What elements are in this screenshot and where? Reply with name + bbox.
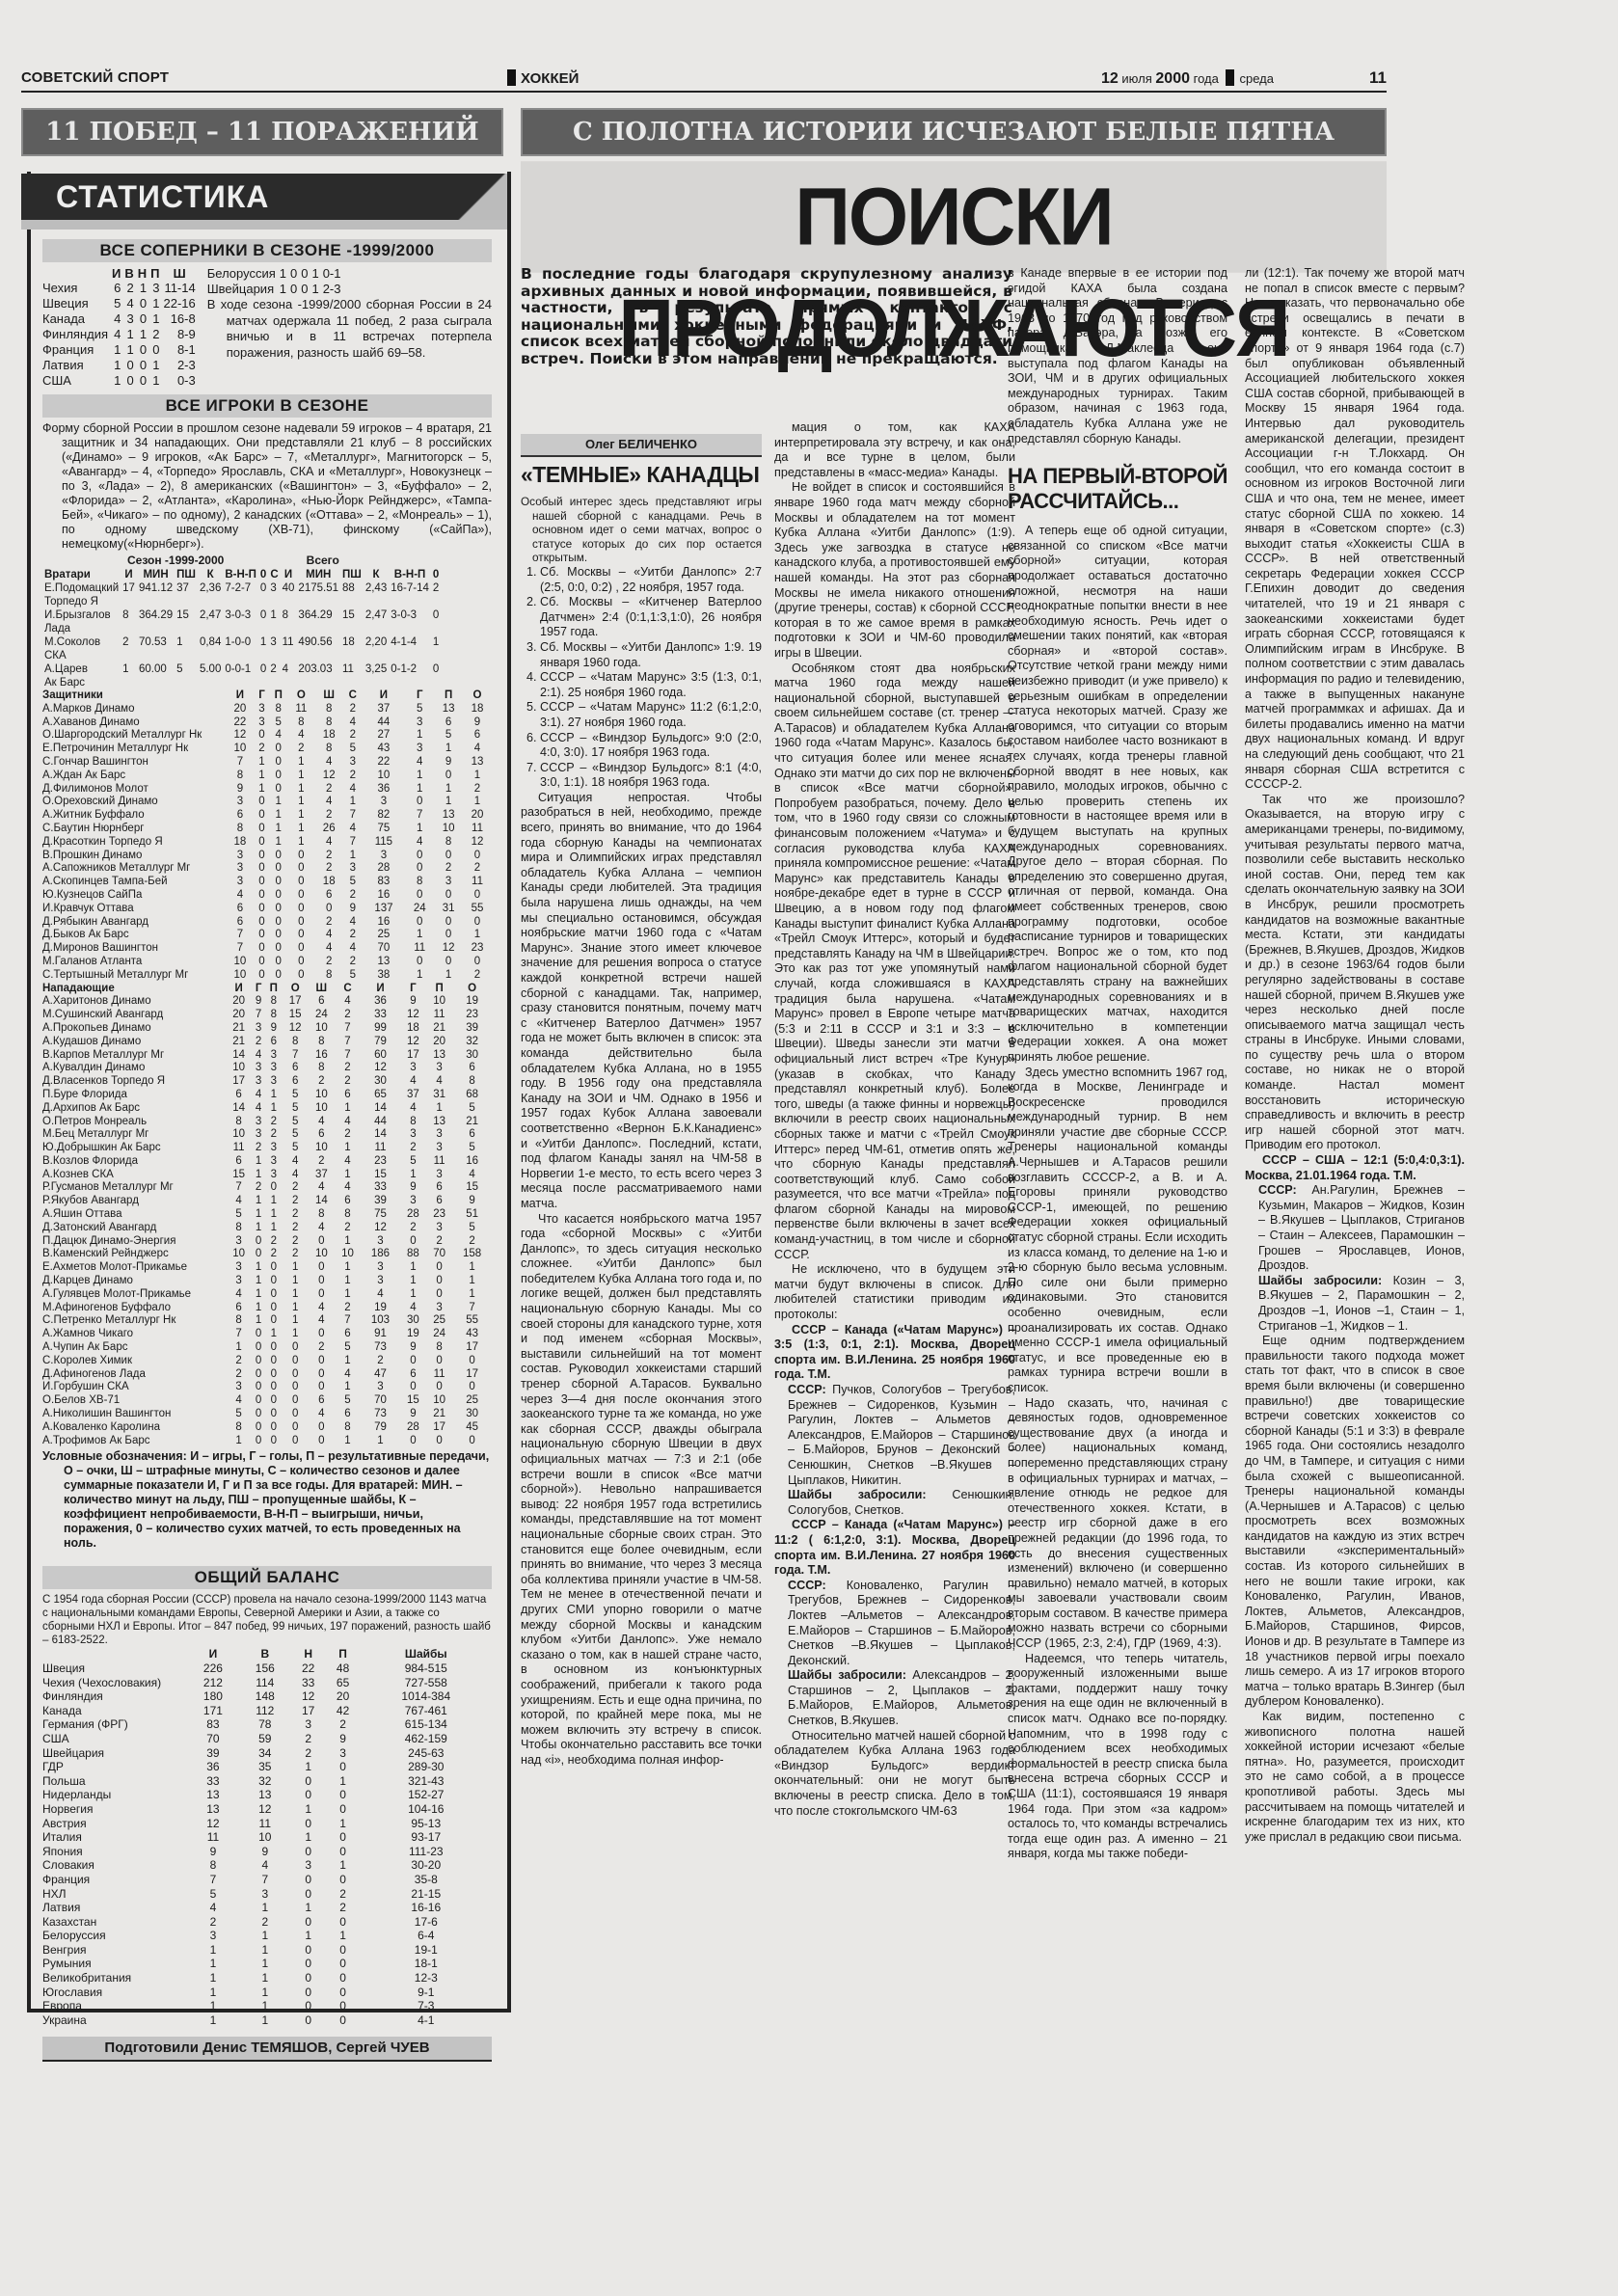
cell: 2 [265, 1116, 283, 1129]
cell: 0 [463, 916, 492, 930]
cell: 30 [452, 1408, 492, 1421]
cell: 34 [239, 1746, 291, 1761]
cell: 0 [283, 1408, 309, 1421]
cell: 5 [269, 716, 287, 730]
cell: 1 [175, 635, 198, 649]
cell: 1 [112, 373, 124, 389]
cell: 0 [301, 266, 311, 282]
cell: 5 [175, 662, 198, 676]
table-row: Румыния110018-1 [42, 1957, 492, 1971]
cell: 13 [187, 1802, 239, 1817]
cell: 6 [400, 1368, 426, 1382]
row-label: А.Скопинцев Тампа-Бей [42, 876, 226, 889]
season-summary: В ходе сезона -1999/2000 сборная России … [207, 297, 492, 361]
cell: 55 [463, 903, 492, 916]
cell: 0 [265, 1314, 283, 1328]
cell: 1 [239, 1971, 291, 1985]
cell: 0 [252, 1408, 265, 1421]
cell: 39 [187, 1746, 239, 1761]
cell: 8 [314, 716, 343, 730]
cell: 2 [309, 1155, 335, 1169]
cell: 2 [265, 1128, 283, 1142]
article-column-1: Олег БЕЛИЧЕНКО «ТЕМНЫЕ» КАНАДЦЫ Особый и… [521, 434, 762, 1768]
cell: 0 [252, 1341, 265, 1355]
column-header: Г [255, 689, 269, 703]
cell: 0 [265, 1394, 283, 1408]
opponents-table: ИВНПШ Чехия621311-14Швеция540122-16Канад… [42, 266, 200, 389]
cell: 0 [463, 956, 492, 969]
cell: 60.00 [137, 662, 175, 676]
cell: 0 [252, 1248, 265, 1261]
cell: 4 [112, 311, 124, 327]
cell: 70 [361, 1394, 400, 1408]
cell: 1 [343, 850, 362, 863]
cell: 1 [463, 796, 492, 809]
protocol-scorers: Шайбы забросили: Александров – 2, Старши… [774, 1668, 1015, 1728]
cell: 2,20 [364, 635, 389, 649]
table-row: О.Белов ХВ-7140006570151025 [42, 1394, 492, 1408]
cell: 8 [287, 716, 314, 730]
row-label: Швеция [42, 296, 112, 311]
cell: 1 [283, 1261, 309, 1275]
cell: 1 [434, 796, 463, 809]
cell: 1 [121, 662, 137, 676]
cell: 1 [291, 1830, 326, 1845]
cell: 0 [426, 1355, 452, 1368]
cell: 1 [335, 1275, 361, 1288]
cell: 0 [291, 1788, 326, 1802]
cell: 1 [291, 1802, 326, 1817]
row-label: П.Дацюк Динамо-Энергия [42, 1235, 226, 1249]
cell [198, 676, 223, 689]
row-label: В.Прошкин Динамо [42, 850, 226, 863]
cell: 4 [314, 942, 343, 956]
cell: 7 [187, 1873, 239, 1887]
cell: 4 [335, 995, 361, 1009]
row-label: Д.Филимонов Молот [42, 783, 226, 797]
cell: 3 [343, 756, 362, 770]
cell: 1 [187, 1985, 239, 2000]
article-paragraph: Не войдет в список и состоявшийся в янва… [774, 480, 1015, 661]
cell: 5 [405, 703, 434, 716]
cell: 15 [452, 1181, 492, 1195]
cell: 0 [138, 296, 150, 311]
cell: 4 [309, 1314, 335, 1328]
cell: 0 [290, 282, 301, 297]
cell [175, 676, 198, 689]
cell: 38 [363, 969, 406, 983]
cell: 0 [326, 1943, 361, 1958]
cell: 0 [291, 1971, 326, 1985]
cell: 2 [343, 956, 362, 969]
cell: 0 [252, 1381, 265, 1394]
cell: 3 [400, 1062, 426, 1075]
row-label: И.Брызгалов [42, 608, 121, 622]
defense-table: ЗащитникиИГПОШСИГПО А.Марков Динамо20381… [42, 689, 492, 983]
table-row: Д.Филимонов Молот91012436112 [42, 783, 492, 797]
column-header: Н [291, 1647, 326, 1661]
cell: 8 [265, 995, 283, 1009]
row-label: Ак Барс [42, 676, 121, 689]
protocol-header: СССР – США – 12:1 (5:0,4:0,3:1). Москва,… [1245, 1153, 1465, 1183]
cell [389, 622, 431, 635]
cell: 4 [314, 836, 343, 850]
table-row: Нидерланды131300152-27 [42, 1788, 492, 1802]
cell: 6 [426, 1181, 452, 1195]
match-list-item: СССР – «Виндзор Бульдогс» 8:1 (4:0, 3:0,… [540, 761, 762, 791]
cell: 51 [452, 1208, 492, 1222]
cell: 1 [150, 296, 163, 311]
cell: 0 [255, 916, 269, 930]
cell: 2 [252, 1142, 265, 1155]
cell: 2 [124, 281, 137, 296]
cell: 5 [283, 1102, 309, 1116]
cell: 13 [187, 1788, 239, 1802]
cell: 490.56 [296, 635, 340, 649]
cell: 37 [309, 1169, 335, 1182]
cell: 1 [269, 836, 287, 850]
table-row: А.Житник Буффало6011278271320 [42, 809, 492, 823]
cell: 4 [314, 756, 343, 770]
row-label: Е.Ахметов Молот-Прикамье [42, 1261, 226, 1275]
cell: 0 [265, 1302, 283, 1315]
cell [121, 622, 137, 635]
cell: 1 [287, 823, 314, 836]
cell [389, 595, 431, 608]
cell: 1 [452, 1261, 492, 1275]
cell: 70.53 [137, 635, 175, 649]
cell: 1 [405, 823, 434, 836]
cell: 6 [309, 1394, 335, 1408]
cell: 0 [287, 903, 314, 916]
cell: 3 [252, 1116, 265, 1129]
row-label: В.Козлов Флорида [42, 1155, 226, 1169]
cell: 2 [431, 581, 441, 595]
cell: 12 [314, 770, 343, 783]
row-label: А.Марков Динамо [42, 703, 226, 716]
row-label: Румыния [42, 1957, 187, 1971]
cell: 12 [434, 942, 463, 956]
cell: 35 [239, 1760, 291, 1774]
cell: 10 [226, 969, 255, 983]
cell [198, 649, 223, 662]
protocol-ussr-usa: СССР – США – 12:1 (5:0,4:0,3:1). Москва,… [1245, 1153, 1465, 1334]
cell: 0 [150, 342, 163, 358]
cell: 6 [112, 281, 124, 296]
cell: 0 [326, 1999, 361, 2013]
row-label: А.Яшин Оттава [42, 1208, 226, 1222]
cell: 6 [452, 1062, 492, 1075]
cell: 10 [309, 1102, 335, 1116]
row-label: В.Карпов Металлург Мг [42, 1049, 226, 1063]
cell: 4 [426, 1075, 452, 1089]
row-label: Италия [42, 1830, 187, 1845]
cell [281, 676, 297, 689]
cell: 2 [309, 1341, 335, 1355]
cell: 0 [265, 1381, 283, 1394]
cell: 42 [326, 1704, 361, 1718]
cell: 6 [283, 1062, 309, 1075]
cell: 0 [463, 850, 492, 863]
cell: 2 [463, 969, 492, 983]
table-row: В.Каменский Рейнджерс1002210101868870158 [42, 1248, 492, 1261]
cell: 1 [361, 1435, 400, 1448]
article-headline: ПОИСКИ ПРОДОЛЖАЮТСЯ [521, 161, 1387, 273]
table-row: Финляндия18014812201014-384 [42, 1689, 492, 1704]
table-row: А.Кознев СКА1513437115134 [42, 1169, 492, 1182]
cell: 0 [252, 1355, 265, 1368]
table-row: Австрия12110195-13 [42, 1817, 492, 1831]
article-paragraph: Еще одним подтверждением правильности та… [1245, 1334, 1465, 1710]
cell: 0 [269, 956, 287, 969]
balance-table: ИВНПШайбы Швеция2261562248984-515Чехия (… [42, 1647, 492, 2027]
row-label: А.Коваленко Каролина [42, 1421, 226, 1435]
cell: 6 [335, 1195, 361, 1208]
column-header: Н [138, 266, 150, 281]
cell: 5 [112, 296, 124, 311]
cell: 1 [434, 743, 463, 756]
table-row: М.Галанов Атланта100002213000 [42, 956, 492, 969]
cell: 1 [187, 1943, 239, 1958]
row-label: Югославия [42, 1985, 187, 2000]
cell: 2 [400, 1142, 426, 1155]
cell: 1 [252, 1169, 265, 1182]
cell: 4 [226, 889, 255, 903]
newspaper-name: СОВЕТСКИЙ СПОРТ [21, 69, 169, 86]
cell: 5 [335, 1394, 361, 1408]
cell: 22 [226, 716, 255, 730]
cell: 45 [452, 1421, 492, 1435]
cell: 36 [361, 995, 400, 1009]
cell: 2 [326, 1717, 361, 1732]
row-label: А.Трофимов Ак Барс [42, 1435, 226, 1448]
cell: 1 [283, 1328, 309, 1341]
cell: 17 [426, 1421, 452, 1435]
cell: 35-8 [361, 1873, 492, 1887]
table-row: А.Чупин Ак Барс100025739817 [42, 1341, 492, 1355]
cell: 8 [405, 876, 434, 889]
cell: 5 [452, 1102, 492, 1116]
cell: 0 [326, 1802, 361, 1817]
cell: 1 [335, 1261, 361, 1275]
cell: 12 [283, 1022, 309, 1036]
column-header: Ш [309, 983, 335, 996]
table-row: М.Бец Металлург Мг103256214336 [42, 1128, 492, 1142]
cell: 1 [405, 929, 434, 942]
cell [364, 595, 389, 608]
cell: 20 [226, 995, 252, 1009]
cell: 13 [239, 1788, 291, 1802]
row-label: М.Галанов Атланта [42, 956, 226, 969]
cell: 0-1-2 [389, 662, 431, 676]
protocol-scorers: Шайбы забросили: Козин – 3, В.Якушев – 2… [1245, 1274, 1465, 1334]
cell: 1 [291, 1760, 326, 1774]
table-row: Канада1711121742767-461 [42, 1704, 492, 1718]
cell: 4 [309, 1408, 335, 1421]
cell: 39 [361, 1195, 400, 1208]
cell: 3 [326, 1746, 361, 1761]
cell: 4 [405, 756, 434, 770]
cell: 8 [265, 1009, 283, 1022]
cell: 1 [283, 1275, 309, 1288]
cell: 941.12 [137, 581, 175, 595]
table-row: США10010-3 [42, 373, 200, 389]
row-label: Великобритания [42, 1971, 187, 1985]
row-label: И.Кравчук Оттава [42, 903, 226, 916]
table-row: Белоруссия31116-4 [42, 1929, 492, 1943]
cell: 0 [269, 850, 287, 863]
cell [137, 622, 175, 635]
table-row: А.Харитонов Динамо209817643691019 [42, 995, 492, 1009]
table-row: П.Буре Флорида641510665373168 [42, 1089, 492, 1102]
cell: 1 [265, 1195, 283, 1208]
cell [258, 595, 268, 608]
cell: 16 [452, 1155, 492, 1169]
cell: 79 [361, 1036, 400, 1049]
cell: 1 [252, 1155, 265, 1169]
cell: 2 [314, 916, 343, 930]
cell: 4 [452, 1169, 492, 1182]
cell: 14 [361, 1102, 400, 1116]
cell: 1 [335, 1355, 361, 1368]
cell: 1 [335, 1435, 361, 1448]
cell: 2-3 [323, 282, 345, 297]
cell: 3-0-3 [223, 608, 258, 622]
column-header: В-Н-П [223, 568, 258, 581]
cell: 1 [463, 929, 492, 942]
cell: 462-159 [361, 1732, 492, 1746]
cell: 0 [138, 311, 150, 327]
cell [137, 676, 175, 689]
cell: 21 [426, 1022, 452, 1036]
cell: 727-558 [361, 1676, 492, 1690]
table-row: Украина11004-1 [42, 2013, 492, 2028]
cell: 0 [405, 850, 434, 863]
cell: 0 [405, 956, 434, 969]
row-label: Д.Затонский Авангард [42, 1222, 226, 1235]
article-column-4: ли (12:1). Так почему же второй матч не … [1245, 266, 1465, 1845]
table-row: А.Ждан Ак Барс810112210101 [42, 770, 492, 783]
cell: 1 [326, 1858, 361, 1873]
table-row: А.Марков Динамо203811823751318 [42, 703, 492, 716]
cell: 12 [361, 1062, 400, 1075]
table-row: Канада430116-8 [42, 311, 200, 327]
cell: 0 [287, 889, 314, 903]
cell: 23 [463, 942, 492, 956]
cell: 0 [265, 1261, 283, 1275]
cell: 5 [434, 729, 463, 743]
cell: 7 [335, 1022, 361, 1036]
cell: 0 [265, 1368, 283, 1382]
cell: 2 [400, 1222, 426, 1235]
table-row: С.Королев Химик2000012000 [42, 1355, 492, 1368]
cell: 7-2-7 [223, 581, 258, 595]
column-header: И [226, 689, 255, 703]
cell: 7 [405, 809, 434, 823]
cell: 0 [400, 1235, 426, 1249]
cell: 6 [426, 1195, 452, 1208]
column-header: И [363, 689, 406, 703]
cell: 3 [426, 1142, 452, 1155]
cell: 11 [426, 1009, 452, 1022]
cell: 0 [291, 1985, 326, 2000]
cell: 0 [269, 889, 287, 903]
table-row: Германия (ФРГ)837832615-134 [42, 1717, 492, 1732]
row-label: С.Гончар Вашингтон [42, 756, 226, 770]
cell: 1 [291, 1901, 326, 1915]
cell: 2 [309, 1075, 335, 1089]
cell: 2 [121, 635, 137, 649]
column-header: В [239, 1647, 291, 1661]
cell: 5.00 [198, 662, 223, 676]
row-label: А.Сапожников Металлург Мг [42, 862, 226, 876]
cell: 2,47 [198, 608, 223, 622]
cell: 1 [150, 311, 163, 327]
table-row: А.Хаванов Динамо223588444369 [42, 716, 492, 730]
cell: 10 [226, 956, 255, 969]
section-name: ХОККЕЙ [507, 69, 579, 87]
table-row: Ак Барс [42, 676, 441, 689]
cell: 4 [309, 1222, 335, 1235]
column-header: Г [252, 983, 265, 996]
row-label: Д.Карцев Динамо [42, 1275, 226, 1288]
cell: 767-461 [361, 1704, 492, 1718]
cell: 3 [226, 796, 255, 809]
cell: 0 [426, 1381, 452, 1394]
cell: 0 [265, 1288, 283, 1302]
stats-body: ВСЕ СОПЕРНИКИ В СЕЗОНЕ -1999/2000 ИВНПШ … [42, 239, 492, 2062]
cell: 0 [291, 1845, 326, 1859]
row-label: С.Петренко Металлург Нк [42, 1314, 226, 1328]
cell: 3 [252, 1075, 265, 1089]
cell: 33 [187, 1774, 239, 1789]
cell: 3 [265, 1062, 283, 1075]
cell: 5 [283, 1128, 309, 1142]
cell [389, 676, 431, 689]
protocol-scorers: Шайбы забросили: Сенюшкин, Сологубов, Сн… [774, 1488, 1015, 1518]
cell [364, 622, 389, 635]
cell: 0 [287, 916, 314, 930]
cell: 2 [252, 1036, 265, 1049]
cell: 0 [291, 1873, 326, 1887]
cell: 3 [426, 1222, 452, 1235]
cell: 0 [255, 809, 269, 823]
masthead: СОВЕТСКИЙ СПОРТ ХОККЕЙ 12 июля 2000 года… [21, 69, 1387, 93]
cell [296, 622, 340, 635]
table-row: ГДР363510289-30 [42, 1760, 492, 1774]
column-header: И [112, 266, 124, 281]
cell: 88 [340, 581, 364, 595]
cell: 4 [314, 929, 343, 942]
cell: 3 [265, 1142, 283, 1155]
cell: 4-1 [361, 2013, 492, 2028]
cell: 9 [400, 1181, 426, 1195]
cell: 212 [187, 1676, 239, 1690]
cell: 47 [361, 1368, 400, 1382]
row-label: Е.Подомацкий [42, 581, 121, 595]
row-label: НХЛ [42, 1887, 187, 1902]
cell: 2 [314, 956, 343, 969]
cell: 9 [239, 1845, 291, 1859]
column-header: О [452, 983, 492, 996]
cell: 8 [314, 703, 343, 716]
cell: 25 [363, 929, 406, 942]
cell: 0-1 [323, 266, 345, 282]
opponents-block: ИВНПШ Чехия621311-14Швеция540122-16Канад… [42, 266, 492, 389]
row-label: Д.Быков Ак Барс [42, 929, 226, 942]
cell: 0 [255, 836, 269, 850]
forwards-table: НападающиеИГПОШСИГПО А.Харитонов Динамо2… [42, 983, 492, 1448]
